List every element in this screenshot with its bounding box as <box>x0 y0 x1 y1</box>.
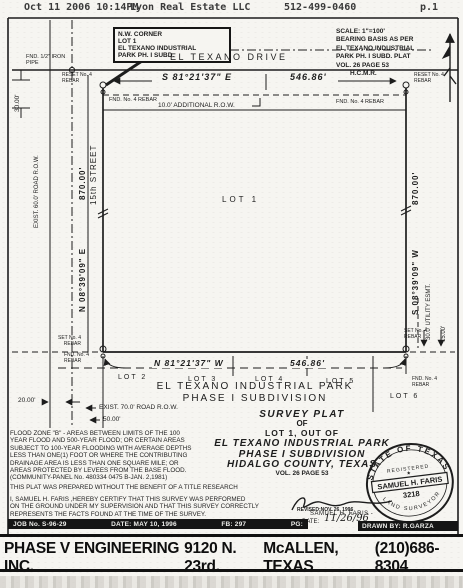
scale-note-line: H.C.M.R. <box>336 70 414 78</box>
subdivision-name-line1: EL TEXANO INDUSTRIAL PARK <box>157 381 354 392</box>
subdivision-name-line2: PHASE I SUBDIVISION <box>183 393 328 404</box>
job-pg: PG: <box>291 521 303 528</box>
exist-60-row-label: EXIST. 60.0' ROAD R.O.W. <box>34 155 41 228</box>
drawn-by: DRAWN BY: R.GARZA <box>362 523 434 530</box>
scale-note-line: BEARING BASIS AS PER <box>336 36 414 44</box>
flood-note-line: SUBJECT TO 100-YEAR FLOODING WITH AVERAG… <box>10 445 191 452</box>
marker-label-line: REBAR <box>404 335 427 341</box>
west-bearing-label: N 08°39'09" E <box>79 248 88 312</box>
job-number: JOB No. S-96-29 <box>13 521 67 528</box>
north-bearing-label: S 81°21'37" E <box>160 73 234 83</box>
scale-note-line: EL TEXANO INDUSTRIAL <box>336 45 414 53</box>
nw-corner-note-line: EL TEXANO INDUSTRIAL <box>118 45 226 52</box>
flood-zone-note: FLOOD ZONE "B" - AREAS BETWEEN LIMITS OF… <box>10 430 191 482</box>
esmt-dim-label: 15.00' <box>441 326 448 342</box>
lot1-label: LOT 1 <box>222 196 259 205</box>
footer-rule-bottom <box>0 569 463 572</box>
reset-rebar-label-nw: RESET No. 4 REBAR <box>62 73 92 84</box>
marker-label-line: REBAR <box>414 79 444 85</box>
survey-plat-page: Oct 11 2006 10:14PM Lyon Real Estate LLC… <box>0 0 463 588</box>
certification-note: I, SAMUEL H. FARIS ,HEREBY CERTIFY THAT … <box>10 496 259 518</box>
certification-line: ON THE GROUND UNDER MY SUPERVISION AND T… <box>10 503 259 510</box>
dim-50-label: 50.00' <box>103 416 121 423</box>
nw-corner-note-line: N.W. CORNER <box>118 31 226 38</box>
seal-number-text: 3218 <box>402 489 420 500</box>
street-label-15th-street: 15th STREET <box>90 145 99 205</box>
east-distance-label: 870.00' <box>412 172 421 205</box>
title-line6: HIDALGO COUNTY, TEXAS <box>227 459 377 470</box>
footer-rule-top <box>0 534 463 537</box>
certification-line: REPRESENTS THE FACTS FOUND AT THE TIME O… <box>10 511 259 518</box>
title-line3: LOT 1, OUT OF <box>265 429 339 438</box>
additional-row-label: 10.0' ADDITIONAL R.O.W. <box>158 102 235 109</box>
fnd-rebar-label-se: FND. No. 4 REBAR <box>412 377 437 388</box>
marker-label-line: REBAR <box>62 79 92 85</box>
title-line7: VOL. 26 PAGE 53 <box>276 470 329 477</box>
flood-note-line: (COMMUNITY-PANEL No. 480334 0475 B-JAN. … <box>10 474 191 481</box>
street-label-el-texano-drive: EL TEXANO DRIVE <box>170 53 288 63</box>
marker-label-line: PIPE <box>26 60 65 66</box>
lot6-label: LOT 6 <box>390 393 419 401</box>
scale-note: SCALE: 1"=100' BEARING BASIS AS PER EL T… <box>336 28 414 78</box>
north-distance-label: 546.86' <box>288 73 329 83</box>
west-distance-label: 870.00' <box>79 167 88 200</box>
nw-corner-note-line: LOT 1 <box>118 38 226 45</box>
fnd-rebar-label-sw: FND. No. 4 REBAR <box>64 353 89 364</box>
marker-label-line: REBAR <box>412 383 437 389</box>
surveyor-seal: STATE OF TEXAS LAND SURVEYOR REGISTERED … <box>357 434 463 533</box>
south-bearing-label: N 81°21'37" W <box>152 359 226 368</box>
dim-20-label: 20.00' <box>18 397 36 404</box>
north-arrow-icon <box>438 22 462 108</box>
exist-70-row-label: EXIST. 70.0' ROAD R.O.W. <box>99 404 178 411</box>
drawn-by-bar: DRAWN BY: R.GARZA <box>358 521 458 531</box>
flood-note-line: AREAS PROTECTED BY LEVEES FROM THE BASE … <box>10 467 191 474</box>
fnd-rebar-label-ne: FND. No. 4 REBAR <box>334 99 386 105</box>
scale-note-line: SCALE: 1"=100' <box>336 28 414 36</box>
marker-label-line: REBAR <box>64 359 89 365</box>
east-bearing-label: S 08°39'09" W <box>412 249 421 315</box>
fnd-iron-pipe-label: FND. 1/2" IRON PIPE <box>26 54 65 66</box>
dim-30-label: 30.00' <box>14 94 21 112</box>
south-distance-label: 546.86' <box>288 359 327 368</box>
fnd-rebar-label-nw: FND. No. 4 REBAR <box>107 97 159 103</box>
certification-line: I, SAMUEL H. FARIS ,HEREBY CERTIFY THAT … <box>10 496 259 503</box>
scan-noise-strip <box>0 576 463 588</box>
scale-note-line: VOL. 26 PAGE 53 <box>336 62 414 70</box>
job-fb: FB: 297 <box>221 521 246 528</box>
lot2-label: LOT 2 <box>118 374 147 382</box>
reset-rebar-label-ne: RESET No. 4 REBAR <box>414 73 444 84</box>
flood-note-line: LESS THAN ONE(1) FOOT OR WHERE THE CONTR… <box>10 452 191 459</box>
job-info-bar: JOB No. S-96-29 DATE: MAY 10, 1996 FB: 2… <box>8 519 308 529</box>
marker-label-line: REBAR <box>58 342 81 348</box>
set-rebar-label-se: SET No. 4 REBAR <box>404 329 427 340</box>
flood-note-line: FLOOD ZONE "B" - AREAS BETWEEN LIMITS OF… <box>10 430 191 437</box>
scale-note-line: PARK PH. I SUBD. PLAT <box>336 53 414 61</box>
flood-note-line: YEAR FLOOD AND 500-YEAR FLOOD; OR CERTAI… <box>10 437 191 444</box>
flood-note-line: DRAINAGE AREA IS LESS THAN ONE SQUARE MI… <box>10 460 191 467</box>
job-date: DATE: MAY 10, 1996 <box>111 521 177 528</box>
title-research-note: THIS PLAT WAS PREPARED WITHOUT THE BENEF… <box>10 485 238 492</box>
set-rebar-label-sw: SET No. 4 REBAR <box>58 336 81 347</box>
